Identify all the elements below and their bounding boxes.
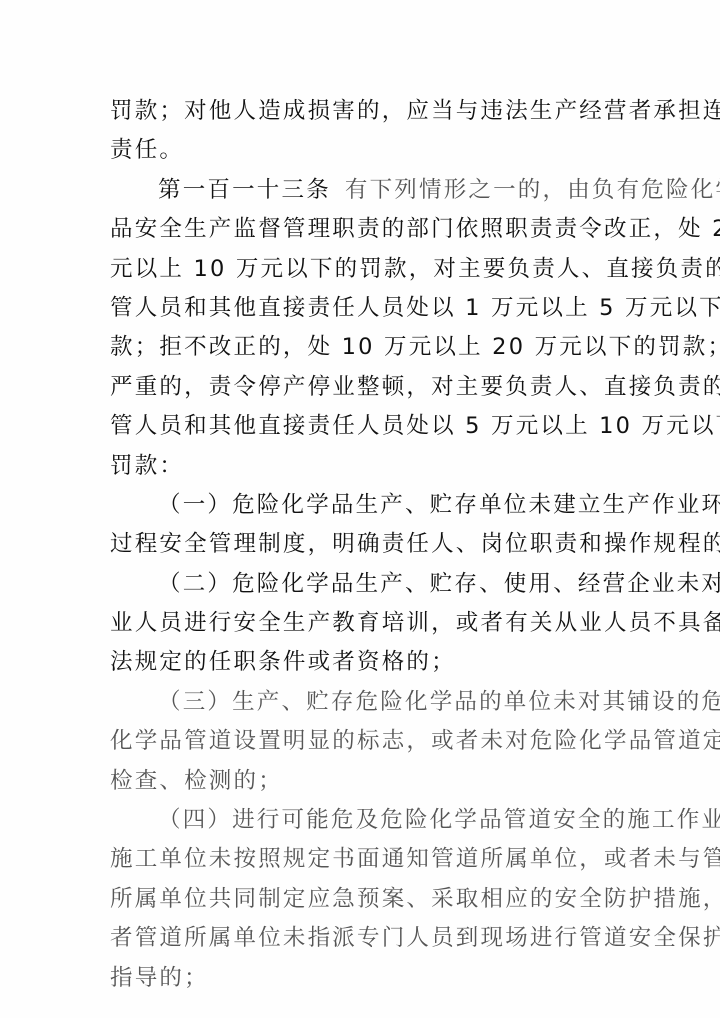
document-body: 罚款；对他人造成损害的，应当与违法生产经营者承担连带 责任。 第一百一十三条有下… <box>110 92 615 998</box>
clause-4-line-3: 所属单位共同制定应急预案、采取相应的安全防护措施，或 <box>110 880 615 919</box>
clause-1-line-2: 过程安全管理制度，明确责任人、岗位职责和操作规程的； <box>110 525 615 564</box>
text-line-7: 款；拒不改正的，处 10 万元以上 20 万元以下的罚款；情节 <box>110 328 615 367</box>
text-line-8: 严重的，责令停产停业整顿，对主要负责人、直接负责的主 <box>110 368 615 407</box>
text-line-9: 管人员和其他直接责任人员处以 5 万元以上 10 万元以下的 <box>110 407 615 446</box>
clause-3-line-2: 化学品管道设置明显的标志，或者未对危险化学品管道定期 <box>110 722 615 761</box>
clause-2-line-2: 业人员进行安全生产教育培训，或者有关从业人员不具备本 <box>110 604 615 643</box>
clause-4-line-2: 施工单位未按照规定书面通知管道所属单位，或者未与管道 <box>110 840 615 879</box>
clause-3-line-1: （三）生产、贮存危险化学品的单位未对其铺设的危险 <box>110 683 615 722</box>
article-intro-text: 有下列情形之一的，由负有危险化学 <box>345 177 720 203</box>
article-number: 第一百一十三条 <box>158 177 331 203</box>
text-line-2: 责任。 <box>110 131 615 170</box>
text-line-10: 罚款： <box>110 447 615 486</box>
article-heading-line: 第一百一十三条有下列情形之一的，由负有危险化学 <box>110 171 615 210</box>
clause-4-line-5: 指导的； <box>110 959 615 998</box>
clause-1-line-1: （一）危险化学品生产、贮存单位未建立生产作业环节 <box>110 486 615 525</box>
clause-4-line-1: （四）进行可能危及危险化学品管道安全的施工作业， <box>110 801 615 840</box>
text-line-5: 元以上 10 万元以下的罚款，对主要负责人、直接负责的主 <box>110 250 615 289</box>
document-page: 罚款；对他人造成损害的，应当与违法生产经营者承担连带 责任。 第一百一十三条有下… <box>0 0 720 1018</box>
text-line-4: 品安全生产监督管理职责的部门依照职责责令改正，处 2 万 <box>110 210 615 249</box>
clause-2-line-1: （二）危险化学品生产、贮存、使用、经营企业未对从 <box>110 565 615 604</box>
clause-4-line-4: 者管道所属单位未指派专门人员到现场进行管道安全保护 <box>110 919 615 958</box>
clause-3-line-3: 检查、检测的； <box>110 762 615 801</box>
clause-2-line-3: 法规定的任职条件或者资格的； <box>110 643 615 682</box>
text-line-6: 管人员和其他直接责任人员处以 1 万元以上 5 万元以下的罚 <box>110 289 615 328</box>
text-line-1: 罚款；对他人造成损害的，应当与违法生产经营者承担连带 <box>110 92 615 131</box>
